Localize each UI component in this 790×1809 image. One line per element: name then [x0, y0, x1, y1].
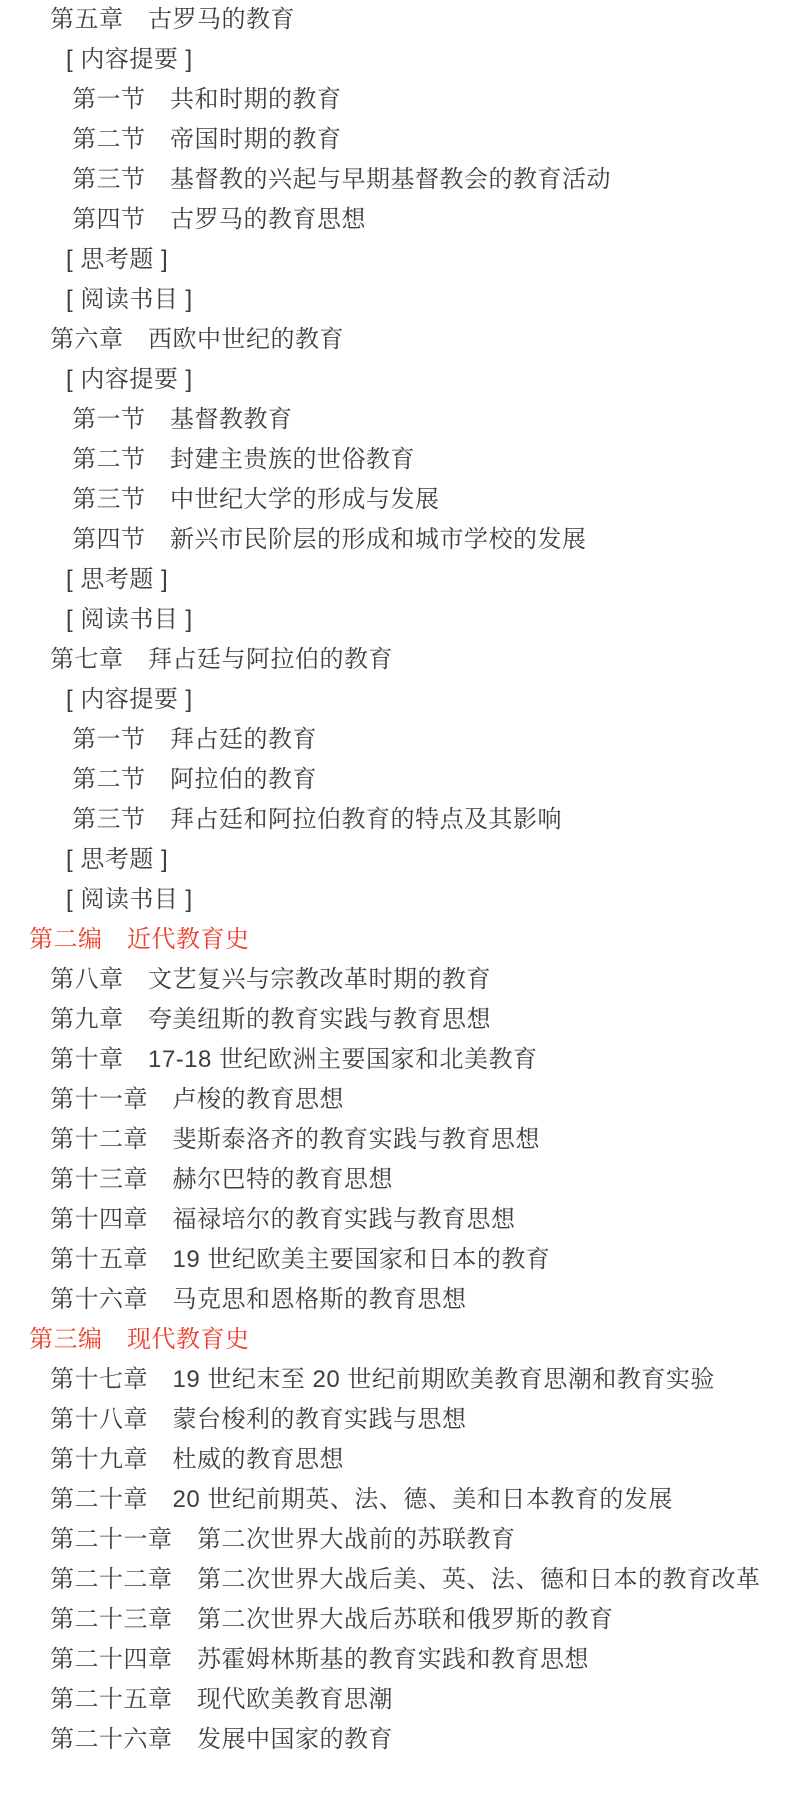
toc-section-item: 第一节 拜占廷的教育	[0, 720, 790, 760]
toc-chapter-item: 第十三章 赫尔巴特的教育思想	[0, 1160, 790, 1200]
toc-bracket-item: [ 阅读书目 ]	[0, 280, 790, 320]
toc-chapter-item: 第十八章 蒙台梭利的教育实践与思想	[0, 1400, 790, 1440]
toc-chapter-item: 第六章 西欧中世纪的教育	[0, 320, 790, 360]
toc-chapter-item: 第十四章 福禄培尔的教育实践与教育思想	[0, 1200, 790, 1240]
toc-chapter-item: 第二十六章 发展中国家的教育	[0, 1720, 790, 1760]
toc-section-item: 第二节 封建主贵族的世俗教育	[0, 440, 790, 480]
toc-section-item: 第三节 中世纪大学的形成与发展	[0, 480, 790, 520]
toc-chapter-item: 第七章 拜占廷与阿拉伯的教育	[0, 640, 790, 680]
toc-bracket-item: [ 内容提要 ]	[0, 360, 790, 400]
toc-chapter-item: 第五章 古罗马的教育	[0, 0, 790, 40]
toc-section-item: 第三节 拜占廷和阿拉伯教育的特点及其影响	[0, 800, 790, 840]
toc-section-item: 第一节 共和时期的教育	[0, 80, 790, 120]
toc-chapter-item: 第十七章 19 世纪末至 20 世纪前期欧美教育思潮和教育实验	[0, 1360, 790, 1400]
toc-chapter-item: 第八章 文艺复兴与宗教改革时期的教育	[0, 960, 790, 1000]
toc-bracket-item: [ 思考题 ]	[0, 840, 790, 880]
toc-chapter-item: 第二十五章 现代欧美教育思潮	[0, 1680, 790, 1720]
toc: 第五章 古罗马的教育[ 内容提要 ]第一节 共和时期的教育第二节 帝国时期的教育…	[0, 0, 790, 1760]
toc-chapter-item: 第二十二章 第二次世界大战后美、英、法、德和日本的教育改革	[0, 1560, 790, 1600]
toc-bracket-item: [ 阅读书目 ]	[0, 600, 790, 640]
toc-chapter-item: 第十章 17-18 世纪欧洲主要国家和北美教育	[0, 1040, 790, 1080]
toc-chapter-item: 第十二章 斐斯泰洛齐的教育实践与教育思想	[0, 1120, 790, 1160]
toc-chapter-item: 第二十一章 第二次世界大战前的苏联教育	[0, 1520, 790, 1560]
toc-bracket-item: [ 内容提要 ]	[0, 680, 790, 720]
toc-section-item: 第四节 新兴市民阶层的形成和城市学校的发展	[0, 520, 790, 560]
toc-chapter-item: 第二十三章 第二次世界大战后苏联和俄罗斯的教育	[0, 1600, 790, 1640]
toc-chapter-item: 第九章 夸美纽斯的教育实践与教育思想	[0, 1000, 790, 1040]
toc-part-heading: 第二编 近代教育史	[0, 920, 790, 960]
toc-bracket-item: [ 阅读书目 ]	[0, 880, 790, 920]
page: { "document": { "kind": "table-of-conten…	[0, 0, 790, 1809]
toc-part-heading: 第三编 现代教育史	[0, 1320, 790, 1360]
toc-chapter-item: 第十九章 杜威的教育思想	[0, 1440, 790, 1480]
toc-chapter-item: 第十六章 马克思和恩格斯的教育思想	[0, 1280, 790, 1320]
toc-section-item: 第二节 阿拉伯的教育	[0, 760, 790, 800]
toc-chapter-item: 第十一章 卢梭的教育思想	[0, 1080, 790, 1120]
toc-bracket-item: [ 内容提要 ]	[0, 40, 790, 80]
toc-bracket-item: [ 思考题 ]	[0, 240, 790, 280]
toc-section-item: 第一节 基督教教育	[0, 400, 790, 440]
toc-section-item: 第四节 古罗马的教育思想	[0, 200, 790, 240]
toc-bracket-item: [ 思考题 ]	[0, 560, 790, 600]
toc-chapter-item: 第十五章 19 世纪欧美主要国家和日本的教育	[0, 1240, 790, 1280]
toc-section-item: 第二节 帝国时期的教育	[0, 120, 790, 160]
toc-chapter-item: 第二十章 20 世纪前期英、法、德、美和日本教育的发展	[0, 1480, 790, 1520]
toc-chapter-item: 第二十四章 苏霍姆林斯基的教育实践和教育思想	[0, 1640, 790, 1680]
toc-section-item: 第三节 基督教的兴起与早期基督教会的教育活动	[0, 160, 790, 200]
